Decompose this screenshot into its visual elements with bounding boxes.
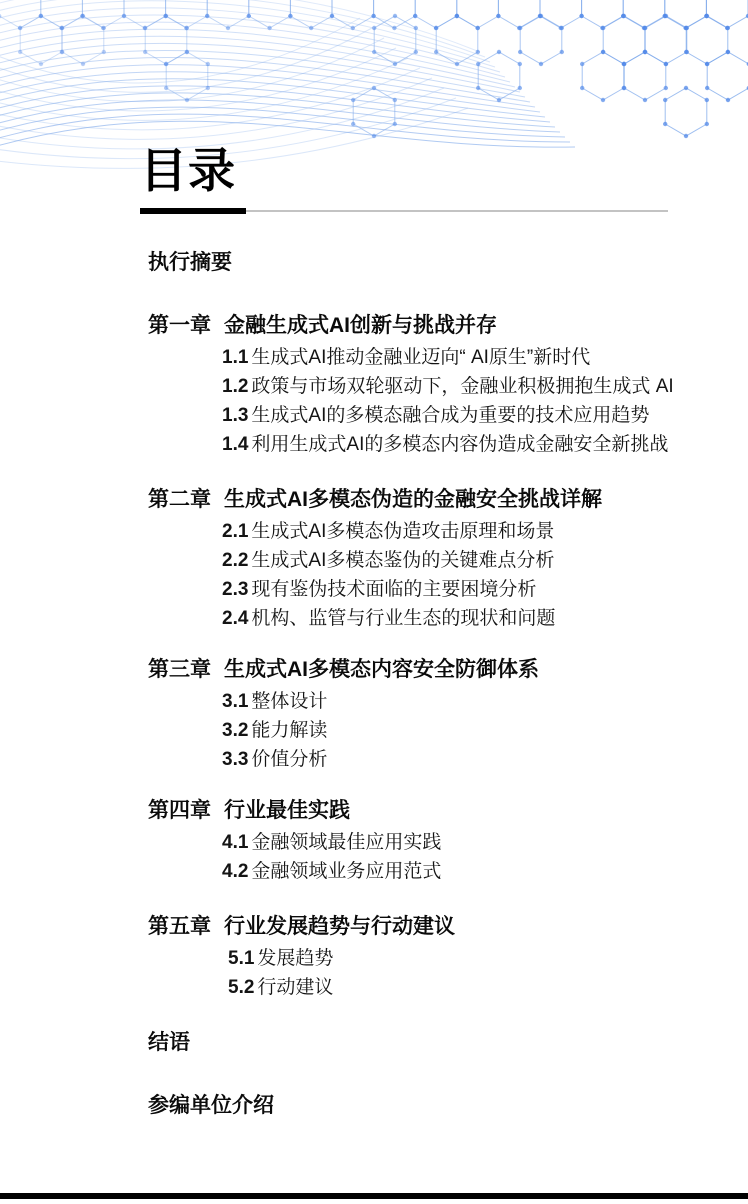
item-text: 发展趋势	[257, 944, 333, 973]
toc-item: 2.1生成式AI多模态伪造攻击原理和场景	[222, 517, 708, 546]
contributors-heading: 参编单位介绍	[148, 1093, 708, 1119]
item-number: 3.3	[222, 745, 248, 774]
item-number: 2.2	[222, 546, 248, 575]
chapter-items: 5.1发展趋势5.2行动建议	[148, 944, 708, 1002]
bottom-border-bar	[0, 1193, 748, 1199]
chapter-block: 第一章金融生成式AI创新与挑战并存1.1生成式AI推动金融业迈向“ AI原生”新…	[148, 313, 708, 459]
item-text: 政策与市场双轮驱动下，金融业积极拥抱生成式 AI	[251, 372, 673, 401]
conclusion-heading: 结语	[148, 1030, 708, 1056]
chapter-block: 第四章行业最佳实践4.1金融领域最佳应用实践4.2金融领域业务应用范式	[148, 798, 708, 886]
header-decoration	[0, 0, 748, 260]
item-text: 利用生成式AI的多模态内容伪造成金融安全新挑战	[251, 430, 668, 459]
chapter-items: 3.1整体设计3.2能力解读3.3价值分析	[148, 687, 708, 774]
item-number: 5.2	[228, 973, 254, 1002]
toc-item: 2.2生成式AI多模态鉴伪的关键难点分析	[222, 546, 708, 575]
title-underline	[140, 208, 668, 214]
item-number: 2.1	[222, 517, 248, 546]
item-text: 金融领域最佳应用实践	[251, 828, 441, 857]
table-of-contents: 执行摘要 第一章金融生成式AI创新与挑战并存1.1生成式AI推动金融业迈向“ A…	[148, 250, 708, 1119]
item-text: 生成式AI推动金融业迈向“ AI原生”新时代	[251, 343, 590, 372]
item-number: 2.4	[222, 604, 248, 633]
executive-summary-heading: 执行摘要	[148, 250, 708, 275]
toc-item: 1.1生成式AI推动金融业迈向“ AI原生”新时代	[222, 343, 708, 372]
page-title: 目录	[140, 146, 670, 195]
toc-item: 3.2能力解读	[222, 716, 708, 745]
toc-item: 4.2金融领域业务应用范式	[222, 857, 708, 886]
chapter-label: 第四章	[148, 798, 211, 824]
chapter-label: 第二章	[148, 487, 211, 513]
item-text: 价值分析	[251, 745, 327, 774]
toc-item: 3.3价值分析	[222, 745, 708, 774]
chapter-heading: 第五章行业发展趋势与行动建议	[148, 914, 708, 940]
toc-item: 2.3现有鉴伪技术面临的主要困境分析	[222, 575, 708, 604]
item-text: 金融领域业务应用范式	[251, 857, 441, 886]
item-text: 机构、监管与行业生态的现状和问题	[251, 604, 555, 633]
item-number: 3.1	[222, 687, 248, 716]
chapter-title: 行业发展趋势与行动建议	[224, 914, 455, 940]
item-number: 1.1	[222, 343, 248, 372]
item-number: 5.1	[228, 944, 254, 973]
toc-item: 3.1整体设计	[222, 687, 708, 716]
item-text: 行动建议	[257, 973, 333, 1002]
page-container: 目录 执行摘要 第一章金融生成式AI创新与挑战并存1.1生成式AI推动金融业迈向…	[0, 0, 748, 1204]
item-number: 1.3	[222, 401, 248, 430]
wave-lines-pattern	[0, 0, 575, 168]
chapter-items: 1.1生成式AI推动金融业迈向“ AI原生”新时代1.2政策与市场双轮驱动下，金…	[148, 343, 708, 459]
item-number: 1.4	[222, 430, 248, 459]
chapter-title: 生成式AI多模态内容安全防御体系	[224, 657, 539, 683]
toc-item: 1.2政策与市场双轮驱动下，金融业积极拥抱生成式 AI	[222, 372, 708, 401]
chapter-label: 第三章	[148, 657, 211, 683]
item-text: 整体设计	[251, 687, 327, 716]
item-text: 生成式AI的多模态融合成为重要的技术应用趋势	[251, 401, 649, 430]
title-underline-accent	[140, 208, 246, 214]
toc-item: 5.2行动建议	[228, 973, 708, 1002]
chapter-list: 第一章金融生成式AI创新与挑战并存1.1生成式AI推动金融业迈向“ AI原生”新…	[148, 313, 708, 1002]
toc-item: 4.1金融领域最佳应用实践	[222, 828, 708, 857]
title-underline-line	[246, 210, 668, 212]
chapter-block: 第五章行业发展趋势与行动建议5.1发展趋势5.2行动建议	[148, 914, 708, 1002]
toc-item: 2.4机构、监管与行业生态的现状和问题	[222, 604, 708, 633]
item-text: 生成式AI多模态伪造攻击原理和场景	[251, 517, 554, 546]
item-text: 现有鉴伪技术面临的主要困境分析	[251, 575, 536, 604]
toc-item: 5.1发展趋势	[228, 944, 708, 973]
item-number: 4.2	[222, 857, 248, 886]
item-number: 4.1	[222, 828, 248, 857]
chapter-label: 第五章	[148, 914, 211, 940]
chapter-label: 第一章	[148, 313, 211, 339]
item-number: 1.2	[222, 372, 248, 401]
chapter-heading: 第二章生成式AI多模态伪造的金融安全挑战详解	[148, 487, 708, 513]
chapter-items: 2.1生成式AI多模态伪造攻击原理和场景2.2生成式AI多模态鉴伪的关键难点分析…	[148, 517, 708, 633]
chapter-heading: 第三章生成式AI多模态内容安全防御体系	[148, 657, 708, 683]
item-text: 生成式AI多模态鉴伪的关键难点分析	[251, 546, 554, 575]
chapter-title: 生成式AI多模态伪造的金融安全挑战详解	[224, 487, 602, 513]
title-block: 目录	[140, 146, 670, 214]
item-number: 2.3	[222, 575, 248, 604]
chapter-items: 4.1金融领域最佳应用实践4.2金融领域业务应用范式	[148, 828, 708, 886]
item-text: 能力解读	[251, 716, 327, 745]
chapter-block: 第三章生成式AI多模态内容安全防御体系3.1整体设计3.2能力解读3.3价值分析	[148, 657, 708, 774]
toc-item: 1.4利用生成式AI的多模态内容伪造成金融安全新挑战	[222, 430, 708, 459]
chapter-title: 金融生成式AI创新与挑战并存	[224, 313, 497, 339]
chapter-heading: 第一章金融生成式AI创新与挑战并存	[148, 313, 708, 339]
toc-item: 1.3生成式AI的多模态融合成为重要的技术应用趋势	[222, 401, 708, 430]
chapter-block: 第二章生成式AI多模态伪造的金融安全挑战详解2.1生成式AI多模态伪造攻击原理和…	[148, 487, 708, 633]
chapter-title: 行业最佳实践	[224, 798, 350, 824]
chapter-heading: 第四章行业最佳实践	[148, 798, 708, 824]
item-number: 3.2	[222, 716, 248, 745]
